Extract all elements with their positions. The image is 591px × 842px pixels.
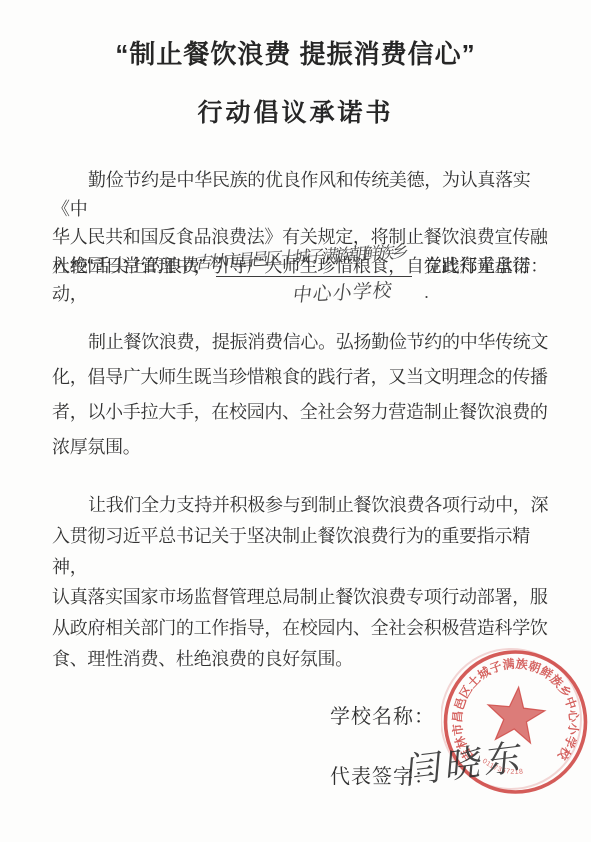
line4-prefix-text: 杜绝“舌尖上的浪费” bbox=[52, 252, 205, 278]
paragraph-2: 制止餐饮浪费，提振消费信心。弘扬勤俭节约的中华传统文 化，倡导广大师生既当珍惜粮… bbox=[52, 325, 552, 465]
page-subtitle: 行动倡议承诺书 bbox=[0, 93, 591, 129]
school-name-label: 学校名称： bbox=[330, 700, 435, 729]
handwritten-period: . bbox=[424, 282, 429, 303]
page-title: “制止餐饮浪费 提振消费信心” bbox=[0, 34, 591, 71]
line4-suffix-text: 在此郑重承诺： bbox=[424, 252, 548, 278]
scanned-commitment-letter: “制止餐饮浪费 提振消费信心” 行动倡议承诺书 勤俭节约是中华民族的优良作风和传… bbox=[0, 0, 591, 842]
handwritten-school-name-line2: 中心小学校 bbox=[291, 275, 394, 307]
